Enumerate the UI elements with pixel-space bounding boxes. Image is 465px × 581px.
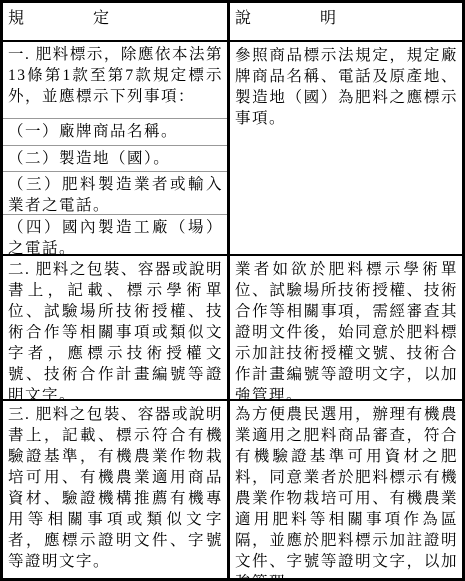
regulation-1-item-2: （二）製造地（國）。 [3, 145, 227, 171]
explanation-cell-2: 業者如欲於肥料標示學術單位、試驗場所技術授權、技術合作等相關事項，需經審查其證明… [230, 256, 462, 401]
regulation-1-item-1: （一）廠牌商品名稱。 [3, 118, 227, 145]
regulation-cell-2: 二. 肥料之包裝、容器或說明書上，記載、標示學術單位、試驗場所技術授權、技術合作… [3, 256, 230, 401]
regulation-cell-1: 一. 肥料標示，除應依本法第13條第1款至第7款規定標示外，並應標示下列事項： … [3, 42, 230, 256]
regulation-1-subrows: 一. 肥料標示，除應依本法第13條第1款至第7款規定標示外，並應標示下列事項： … [3, 42, 227, 254]
regulation-table: 規 定 說 明 一. 肥料標示，除應依本法第13條第1款至第7款規定標示外，並應… [0, 0, 465, 581]
explanation-cell-3: 為方便農民選用，辦理有機農業適用之肥料商品審查，符合有機驗證基準可用資材之肥料，… [230, 401, 462, 578]
regulation-1-main-text: 一. 肥料標示，除應依本法第13條第1款至第7款規定標示外，並應標示下列事項： [3, 42, 227, 118]
regulation-document: 規 定 說 明 一. 肥料標示，除應依本法第13條第1款至第7款規定標示外，並應… [0, 0, 465, 581]
regulation-cell-3: 三. 肥料之包裝、容器或說明書上，記載、標示符合有機驗證基準，有機農業作物栽培可… [3, 401, 230, 578]
regulation-1-item-3: （三）肥料製造業者或輸入業者之電話。 [3, 171, 227, 214]
column-header-explanation: 說 明 [230, 3, 462, 42]
regulation-1-item-4: （四）國內製造工廠（場）之電話。 [3, 214, 227, 254]
explanation-cell-1: 參照商品標示法規定，規定廠牌商品名稱、電話及原產地、製造地（國）為肥料之應標示事… [230, 42, 462, 256]
column-header-regulation: 規 定 [3, 3, 230, 42]
